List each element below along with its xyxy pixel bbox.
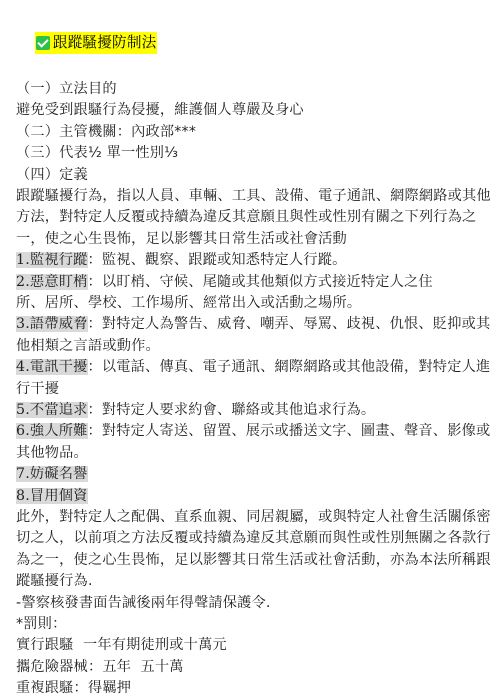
definition-item: 8.冒用個資: [16, 486, 494, 507]
item-label: 6.強人所難: [16, 423, 88, 439]
penalty-line: 攜危險器械：五年 五十萬: [16, 657, 494, 663]
section-representation: （三）代表½ 單一性別⅓: [16, 143, 494, 164]
law-title-highlight: 跟蹤騷擾防制法: [35, 32, 158, 53]
item-text: ：對特定人為警告、威脅、嘲弄、辱罵、歧視、仇恨、貶抑或其他相類之言語或動作。: [16, 316, 490, 353]
law-title: 跟蹤騷擾防制法: [53, 32, 157, 53]
section-definition-text: 跟蹤騷擾行為，指以人員、車輛、工具、設備、電子通訊、網際網路或其他方法，對特定人…: [16, 186, 494, 250]
item-label: 8.冒用個資: [16, 488, 88, 504]
section-authority: （二）主管機關：內政部***: [16, 122, 494, 143]
penalties-title: *罰則：: [16, 614, 494, 635]
definition-item: 6.強人所難：對特定人寄送、留置、展示或播送文字、圖畫、聲音、影像或其他物品。: [16, 421, 494, 464]
item-text: ：以盯梢、守候、尾隨或其他類似方式接近特定人之住: [88, 274, 433, 290]
item-text: ：對特定人要求約會、聯絡或其他追求行為。: [88, 402, 376, 418]
item-label: 1.監視行蹤: [16, 252, 88, 268]
title-line: 跟蹤騷擾防制法: [16, 11, 494, 79]
definition-item: 1.監視行蹤：監視、觀察、跟蹤或知悉特定人行蹤。: [16, 250, 494, 271]
document-body: 跟蹤騷擾防制法 （一）立法目的 避免受到跟騷行為侵擾，維護個人尊嚴及身心 （二）…: [16, 11, 494, 663]
item-text: ：對特定人寄送、留置、展示或播送文字、圖畫、聲音、影像或其他物品。: [16, 423, 490, 460]
section-purpose-title: （一）立法目的: [16, 79, 494, 100]
item-label: 2.惡意盯梢: [16, 274, 88, 290]
definition-item: 2.惡意盯梢：以盯梢、守候、尾隨或其他類似方式接近特定人之住: [16, 272, 494, 293]
extension-paragraph: 此外，對特定人之配偶、直系血親、同居親屬，或與特定人社會生活關係密切之人，以前項…: [16, 507, 494, 593]
protection-order-note: -警察核發書面告誡後兩年得聲請保護令.: [16, 593, 494, 614]
definition-item: 3.語帶威脅：對特定人為警告、威脅、嘲弄、辱罵、歧視、仇恨、貶抑或其他相類之言語…: [16, 314, 494, 357]
item-label: 7.妨礙名譽: [16, 466, 88, 482]
definition-item-continued: 所、居所、學校、工作場所、經常出入或活動之場所。: [16, 293, 494, 314]
checkbox-checked-icon: [36, 36, 50, 50]
section-purpose-text: 避免受到跟騷行為侵擾，維護個人尊嚴及身心: [16, 100, 494, 121]
item-text: ：監視、觀察、跟蹤或知悉特定人行蹤。: [88, 252, 347, 268]
definition-item: 4.電訊干擾：以電話、傳真、電子通訊、網際網路或其他設備，對特定人進行干擾: [16, 357, 494, 400]
item-text: ：以電話、傳真、電子通訊、網際網路或其他設備，對特定人進行干擾: [16, 359, 490, 396]
item-label: 5.不當追求: [16, 402, 88, 418]
definition-item: 5.不當追求：對特定人要求約會、聯絡或其他追求行為。: [16, 400, 494, 421]
section-definition-title: （四）定義: [16, 165, 494, 186]
item-label: 4.電訊干擾: [16, 359, 88, 375]
definition-item: 7.妨礙名譽: [16, 464, 494, 485]
penalty-line: 實行跟騷 一年有期徒刑或十萬元: [16, 635, 494, 656]
item-label: 3.語帶威脅: [16, 316, 88, 332]
